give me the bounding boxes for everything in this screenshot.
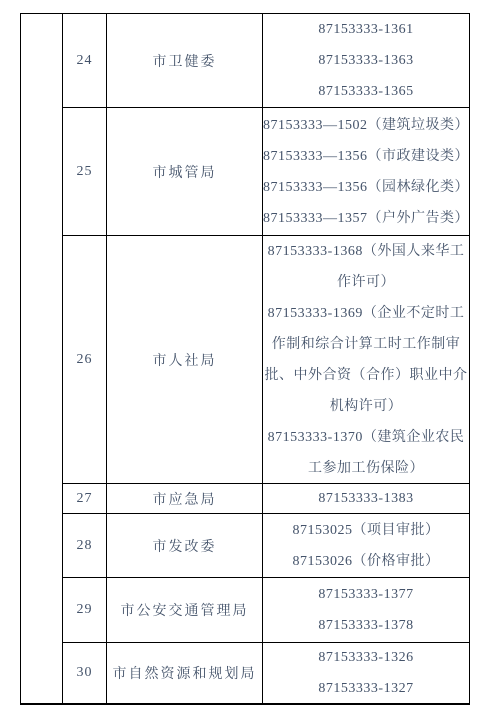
phone-list: 87153333-1368（外国人来华工作许可）87153333-1369（企业… <box>263 236 469 483</box>
phone-list: 87153333-136187153333-136387153333-1365 <box>263 14 469 107</box>
phone-list: 87153333-137787153333-1378 <box>263 578 469 642</box>
phone-number-line: 87153333-1368（外国人来华工 <box>268 236 465 267</box>
row-number: 26 <box>63 236 107 483</box>
phone-number-line: 87153333-1369（企业不定时工 <box>268 298 465 329</box>
phone-number-line: 87153333-1326 <box>318 643 413 673</box>
row-number: 27 <box>63 484 107 513</box>
phone-number-line: 87153333—1357（户外广告类） <box>263 203 469 234</box>
department-name: 市人社局 <box>107 236 263 483</box>
phone-number-line: 批、中外合资（合作）职业中介 <box>265 360 468 391</box>
table-row: 28市发改委87153025（项目审批）87153026（价格审批） <box>63 514 469 578</box>
phone-list: 87153025（项目审批）87153026（价格审批） <box>263 514 469 577</box>
phone-list: 87153333-1383 <box>263 484 469 513</box>
phone-number-line: 87153333-1365 <box>318 76 413 107</box>
phone-number-line: 87153025（项目审批） <box>293 515 440 546</box>
table-row: 30市自然资源和规划局87153333-132687153333-1327 <box>63 643 469 703</box>
phone-number-line: 87153026（价格审批） <box>293 546 440 577</box>
table-row: 25市城管局87153333—1502（建筑垃圾类）87153333—1356（… <box>63 108 469 236</box>
phone-number-line: 87153333—1356（市政建设类） <box>263 141 469 172</box>
phone-number-line: 87153333-1370（建筑企业农民 <box>268 422 465 453</box>
phone-number-line: 87153333—1356（园林绿化类） <box>263 172 469 203</box>
phone-number-line: 87153333-1377 <box>318 579 413 610</box>
department-name: 市城管局 <box>107 108 263 235</box>
row-number: 24 <box>63 14 107 107</box>
phone-number-line: 87153333-1383 <box>318 484 413 514</box>
phone-number-line: 工参加工伤保险） <box>308 453 424 484</box>
phone-number-line: 作许可） <box>337 267 395 298</box>
phone-directory-table: 24市卫健委87153333-136187153333-136387153333… <box>20 13 470 705</box>
department-name: 市应急局 <box>107 484 263 513</box>
phone-number-line: 87153333—1502（建筑垃圾类） <box>263 110 469 141</box>
row-number: 25 <box>63 108 107 235</box>
table-merged-left-cell <box>21 14 63 703</box>
row-number: 28 <box>63 514 107 577</box>
phone-number-line: 作制和综合计算工时工作制审 <box>272 329 461 360</box>
phone-number-line: 机构许可） <box>330 391 403 422</box>
phone-number-line: 87153333-1378 <box>318 610 413 641</box>
table-row: 24市卫健委87153333-136187153333-136387153333… <box>63 14 469 108</box>
department-name: 市卫健委 <box>107 14 263 107</box>
row-number: 30 <box>63 643 107 703</box>
department-name: 市自然资源和规划局 <box>107 643 263 703</box>
table-row: 26市人社局87153333-1368（外国人来华工作许可）87153333-1… <box>63 236 469 484</box>
table-row: 27市应急局87153333-1383 <box>63 484 469 514</box>
department-name: 市公安交通管理局 <box>107 578 263 642</box>
row-number: 29 <box>63 578 107 642</box>
phone-list: 87153333-132687153333-1327 <box>263 643 469 703</box>
phone-number-line: 87153333-1361 <box>318 14 413 45</box>
phone-list: 87153333—1502（建筑垃圾类）87153333—1356（市政建设类）… <box>263 108 469 235</box>
phone-number-line: 87153333-1363 <box>318 45 413 76</box>
phone-number-line: 87153333-1327 <box>318 673 413 703</box>
table-row: 29市公安交通管理局87153333-137787153333-1378 <box>63 578 469 643</box>
department-name: 市发改委 <box>107 514 263 577</box>
document-page: 24市卫健委87153333-136187153333-136387153333… <box>0 0 489 718</box>
table-rows: 24市卫健委87153333-136187153333-136387153333… <box>63 14 469 703</box>
